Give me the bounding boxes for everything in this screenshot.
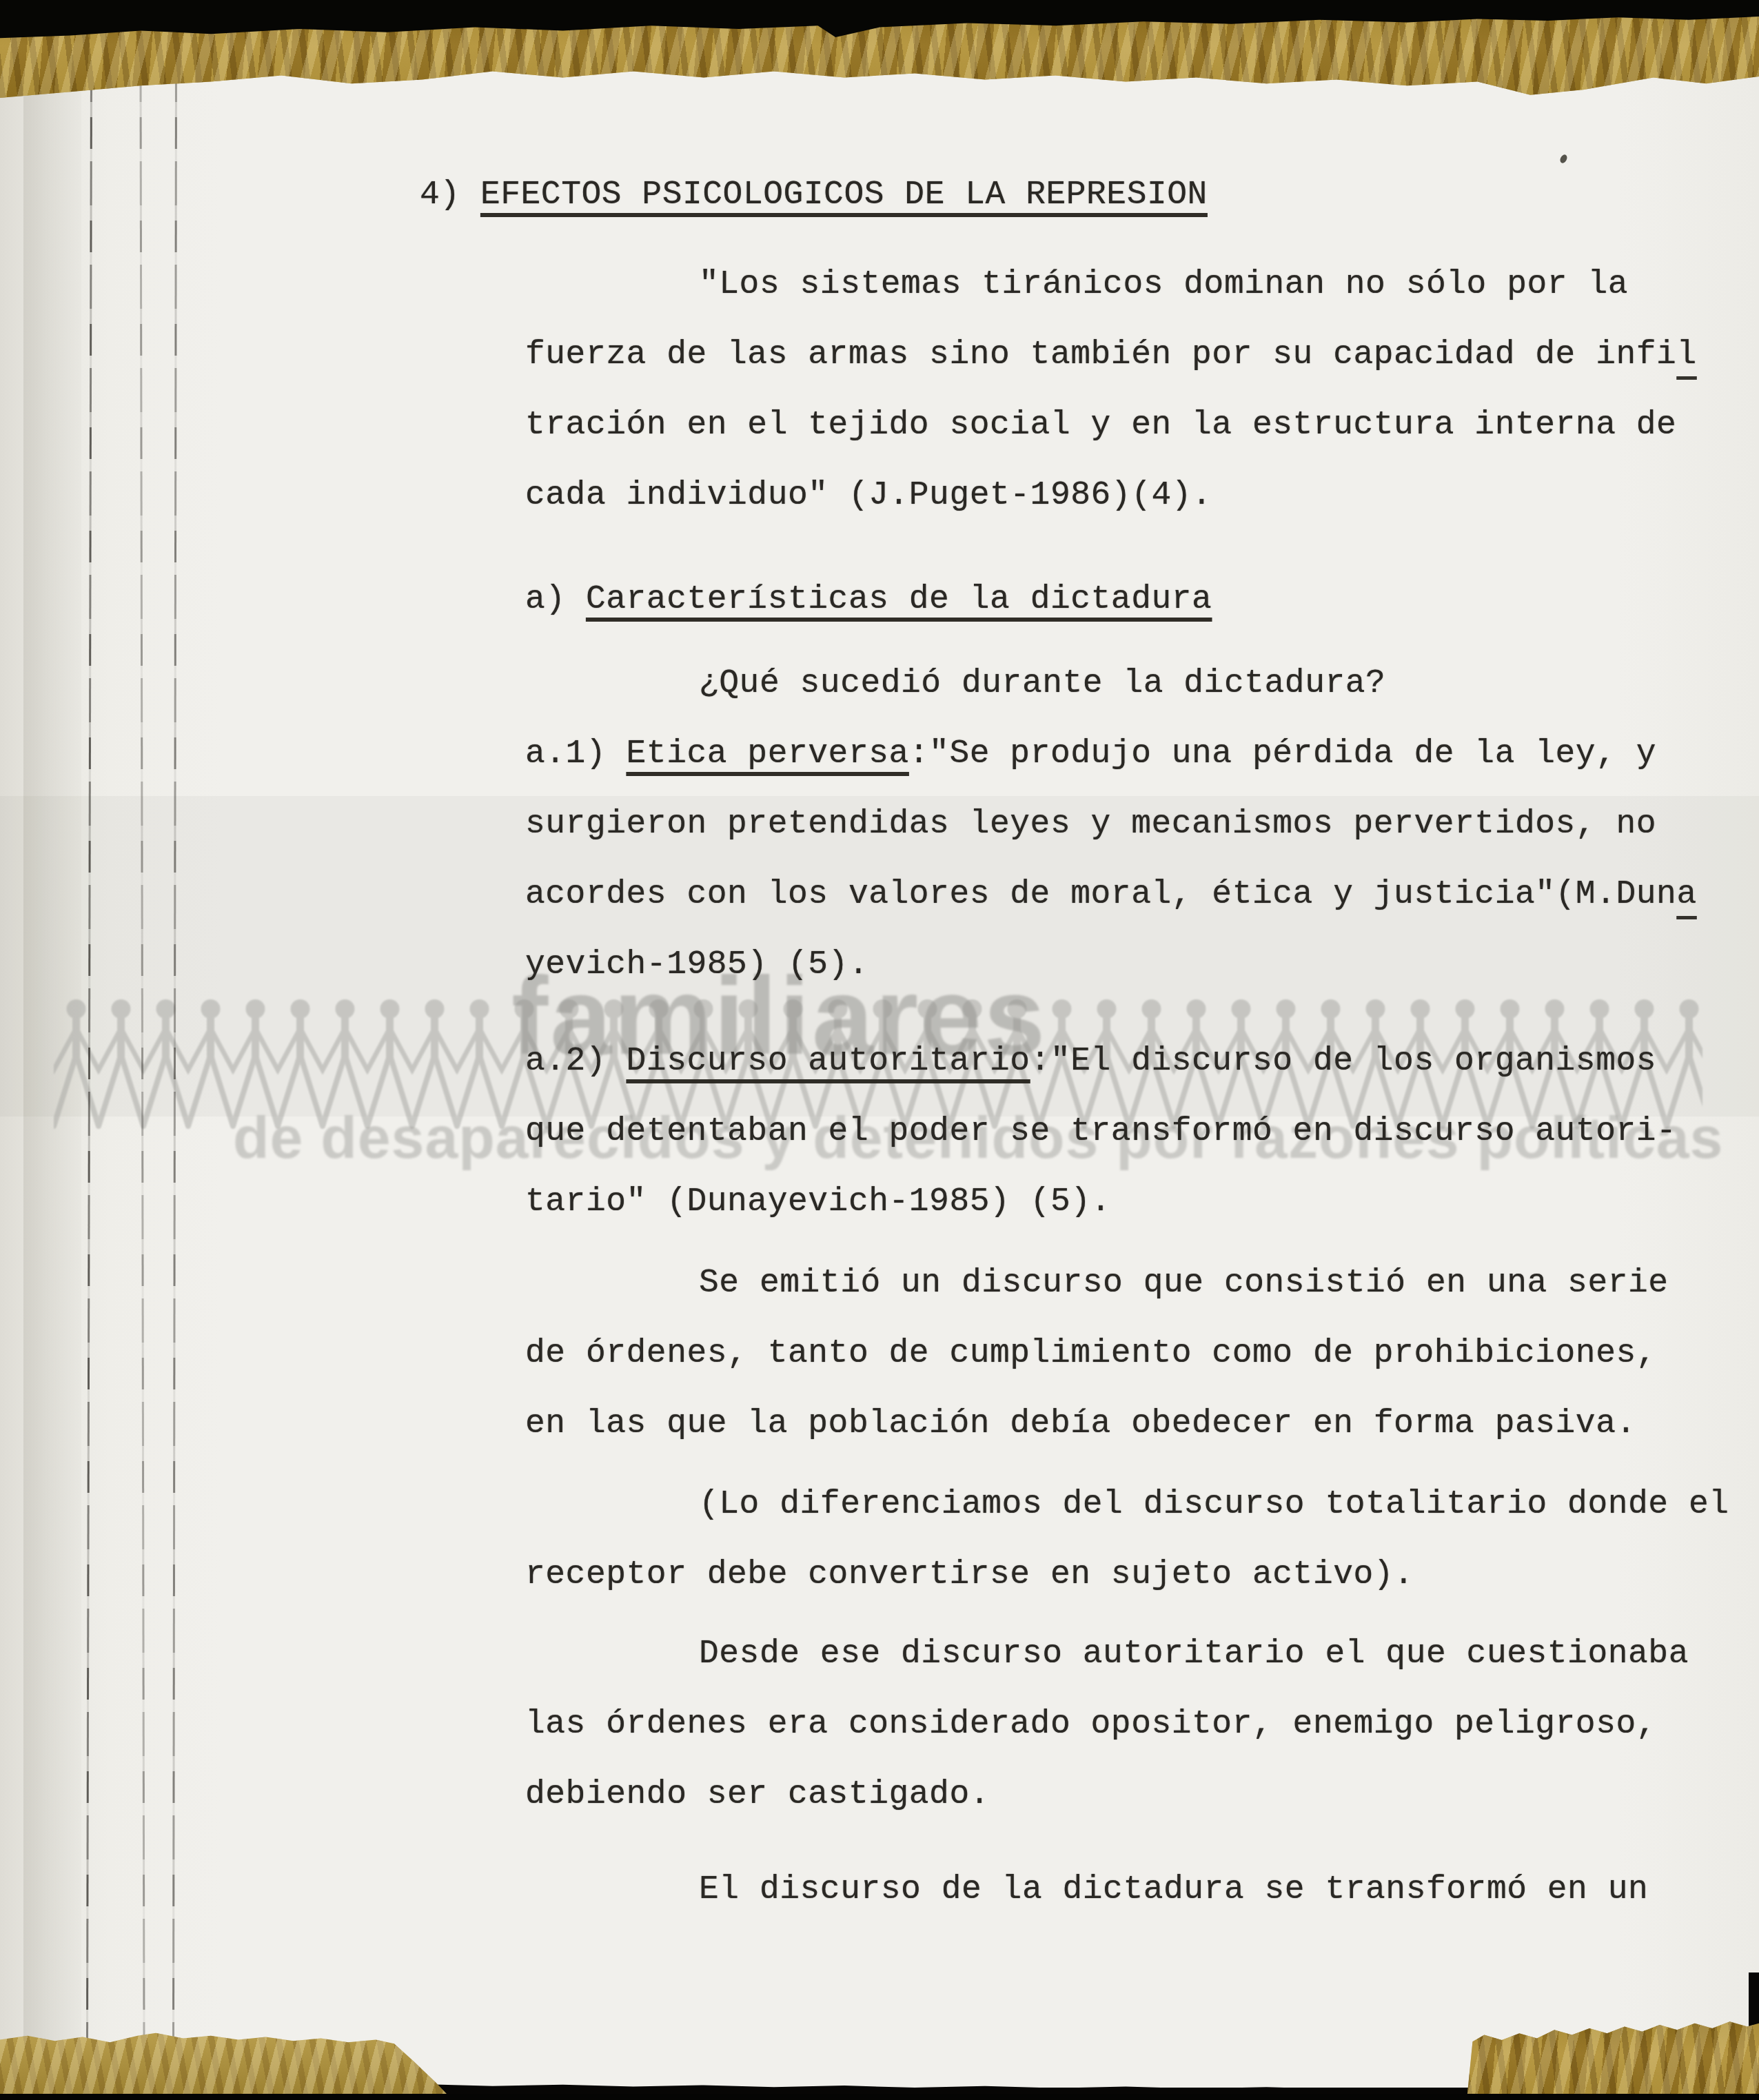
text-segment: l bbox=[1676, 336, 1696, 374]
text-block-question: ¿Qué sucedió durante la dictadura? bbox=[525, 649, 1729, 719]
text-line: ¿Qué sucedió durante la dictadura? bbox=[525, 649, 1729, 719]
text-segment: :"El discurso de los organismos bbox=[1030, 1043, 1656, 1080]
text-block-section-heading: a) Características de la dictadura bbox=[525, 564, 1729, 635]
underlined-text: Discurso autoritario bbox=[627, 1043, 1030, 1080]
text-segment: en las que la población debía obedecer e… bbox=[525, 1405, 1636, 1443]
underlined-text: Etica perversa bbox=[627, 735, 909, 773]
text-line: tario" (Dunayevich-1985) (5). bbox=[525, 1167, 1729, 1237]
text-line: las órdenes era considerado opositor, en… bbox=[525, 1689, 1729, 1760]
text-block-paragraph-2: (Lo diferenciamos del discurso totalitar… bbox=[525, 1469, 1729, 1610]
text-segment: El discurso de la dictadura se transform… bbox=[699, 1871, 1648, 1908]
text-block-item-a1: a.1) Etica perversa:"Se produjo una pérd… bbox=[525, 719, 1729, 1000]
text-line: en las que la población debía obedecer e… bbox=[525, 1389, 1729, 1459]
text-line: fuerza de las armas sino también por su … bbox=[525, 320, 1729, 390]
text-segment: debiendo ser castigado. bbox=[525, 1776, 990, 1813]
text-block-closing-paragraph: El discurso de la dictadura se transform… bbox=[525, 1855, 1729, 1925]
text-block-quote-paragraph: "Los sistemas tiránicos dominan no sólo … bbox=[525, 249, 1729, 531]
text-segment: Se emitió un discurso que consistió en u… bbox=[699, 1265, 1669, 1302]
text-line: receptor debe convertirse en sujeto acti… bbox=[525, 1540, 1729, 1610]
text-segment: "Los sistemas tiránicos dominan no sólo … bbox=[699, 266, 1628, 303]
text-block-title: 4) EFECTOS PSICOLOGICOS DE LA REPRESION bbox=[525, 160, 1729, 230]
text-segment: ¿Qué sucedió durante la dictadura? bbox=[699, 665, 1385, 702]
text-segment: a.1) bbox=[525, 735, 627, 773]
text-line: de órdenes, tanto de cumplimiento como d… bbox=[525, 1318, 1729, 1389]
text-line: a.1) Etica perversa:"Se produjo una pérd… bbox=[525, 719, 1729, 789]
text-line: cada individuo" (J.Puget-1986)(4). bbox=[525, 460, 1729, 531]
text-segment: :"Se produjo una pérdida de la ley, y bbox=[909, 735, 1656, 773]
typewritten-content: 4) EFECTOS PSICOLOGICOS DE LA REPRESION"… bbox=[525, 160, 1729, 1925]
scanner-edge-bottom-line bbox=[0, 2094, 1759, 2100]
text-line: tración en el tejido social y en la estr… bbox=[525, 390, 1729, 460]
text-line: Desde ese discurso autoritario el que cu… bbox=[525, 1619, 1729, 1689]
underlined-text: EFECTOS PSICOLOGICOS DE LA REPRESION bbox=[480, 176, 1208, 214]
text-line: debiendo ser castigado. bbox=[525, 1760, 1729, 1830]
text-segment: a) bbox=[525, 581, 586, 618]
text-segment: receptor debe convertirse en sujeto acti… bbox=[525, 1556, 1414, 1593]
text-line: El discurso de la dictadura se transform… bbox=[525, 1855, 1729, 1925]
text-segment: de órdenes, tanto de cumplimiento como d… bbox=[525, 1335, 1656, 1372]
text-segment: a bbox=[1676, 876, 1696, 913]
text-line: a.2) Discurso autoritario:"El discurso d… bbox=[525, 1026, 1729, 1097]
text-segment: 4) bbox=[420, 176, 480, 214]
text-line: "Los sistemas tiránicos dominan no sólo … bbox=[525, 249, 1729, 320]
text-segment: yevich-1985) (5). bbox=[525, 946, 868, 983]
text-block-item-a2: a.2) Discurso autoritario:"El discurso d… bbox=[525, 1026, 1729, 1237]
text-segment: cada individuo" (J.Puget-1986)(4). bbox=[525, 477, 1212, 514]
text-segment: acordes con los valores de moral, ética … bbox=[525, 876, 1676, 913]
text-segment: (Lo diferenciamos del discurso totalitar… bbox=[699, 1486, 1729, 1523]
text-line: 4) EFECTOS PSICOLOGICOS DE LA REPRESION bbox=[420, 160, 1729, 230]
underlined-text: Características de la dictadura bbox=[586, 581, 1212, 618]
text-segment: surgieron pretendidas leyes y mecanismos… bbox=[525, 806, 1656, 843]
text-segment: tario" (Dunayevich-1985) (5). bbox=[525, 1183, 1111, 1221]
text-line: Se emitió un discurso que consistió en u… bbox=[525, 1248, 1729, 1318]
text-line: acordes con los valores de moral, ética … bbox=[525, 859, 1729, 930]
text-segment: fuerza de las armas sino también por su … bbox=[525, 336, 1676, 374]
text-line: yevich-1985) (5). bbox=[525, 930, 1729, 1000]
text-segment: a.2) bbox=[525, 1043, 627, 1080]
text-line: surgieron pretendidas leyes y mecanismos… bbox=[525, 789, 1729, 859]
text-block-paragraph-1: Se emitió un discurso que consistió en u… bbox=[525, 1248, 1729, 1459]
text-line: (Lo diferenciamos del discurso totalitar… bbox=[525, 1469, 1729, 1540]
text-segment: las órdenes era considerado opositor, en… bbox=[525, 1706, 1656, 1743]
text-line: que detentaban el poder se transformó en… bbox=[525, 1097, 1729, 1167]
scanned-document: familiares de desaparecidos y detenidos … bbox=[0, 0, 1759, 2100]
text-segment: que detentaban el poder se transformó en… bbox=[525, 1113, 1676, 1150]
text-line: a) Características de la dictadura bbox=[525, 564, 1729, 635]
text-block-paragraph-3: Desde ese discurso autoritario el que cu… bbox=[525, 1619, 1729, 1830]
text-segment: Desde ese discurso autoritario el que cu… bbox=[699, 1635, 1689, 1673]
text-segment: tración en el tejido social y en la estr… bbox=[525, 407, 1676, 444]
